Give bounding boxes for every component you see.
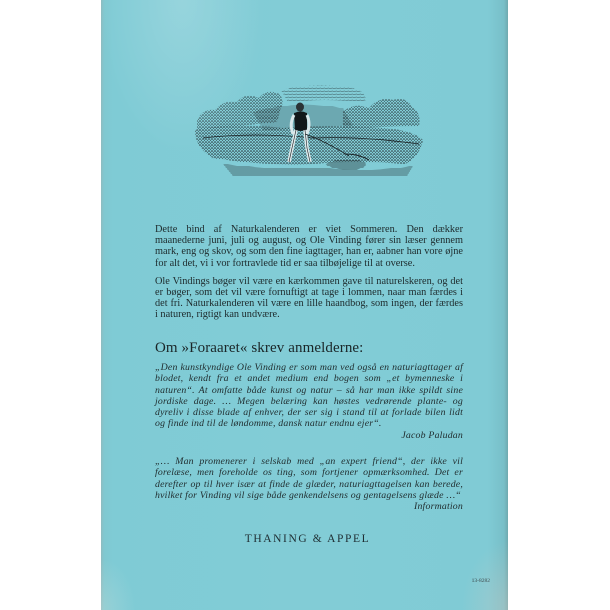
intro-text: Dette bind af Naturkalenderen er viet So… <box>155 224 463 328</box>
review-quote: „… Man promenerer i selskab med „an expe… <box>155 456 463 512</box>
review-source: Jacob Paludan <box>155 430 463 441</box>
review-text: „Den kunstkyndige Ole Vinding er som man… <box>155 362 463 430</box>
review-source: Information <box>155 501 463 512</box>
review-quote: „Den kunstkyndige Ole Vinding er som man… <box>155 362 463 441</box>
woodcut-illustration-icon <box>193 78 425 178</box>
book-back-cover: Dette bind af Naturkalenderen er viet So… <box>101 0 508 610</box>
catalog-code: 13-8282 <box>472 578 490 584</box>
publisher-name: THANING & APPEL <box>101 533 508 545</box>
reviews-heading: Om »Foraaret« skrev anmelderne: <box>155 340 363 357</box>
intro-paragraph: Dette bind af Naturkalenderen er viet So… <box>155 224 463 269</box>
intro-paragraph: Ole Vindings bøger vil være en kærkommen… <box>155 276 463 321</box>
review-text: „… Man promenerer i selskab med „an expe… <box>155 456 463 501</box>
